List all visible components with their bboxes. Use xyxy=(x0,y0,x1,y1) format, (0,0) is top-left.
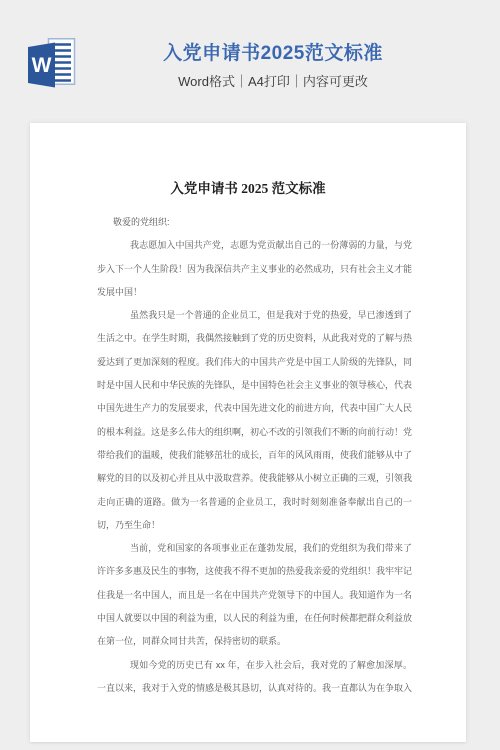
document-preview-page: 入党申请书 2025 范文标准 敬爱的党组织: 我志愿加入中国共产党，志愿为党贡… xyxy=(30,123,466,742)
page-title: 入党申请书2025范文标准 xyxy=(46,43,500,65)
document-body: 敬爱的党组织: 我志愿加入中国共产党，志愿为党贡献出自己的一份薄弱的力量，与党步… xyxy=(97,211,412,700)
document-paragraph: 当前，党和国家的各项事业正在蓬勃发展，我们的党组织为我们带来了许许多多惠及民生的… xyxy=(97,537,412,653)
document-title: 入党申请书 2025 范文标准 xyxy=(30,181,466,196)
document-paragraph: 我志愿加入中国共产党，志愿为党贡献出自己的一份薄弱的力量，与党步入下一个人生阶段… xyxy=(97,234,412,304)
header: W 入党申请书2025范文标准 Word格式｜A4打印｜内容可更改 xyxy=(0,0,500,123)
document-paragraph: 虽然我只是一个普通的企业员工，但是我对于党的热爱，早已渗透到了生活之中。在学生时… xyxy=(97,304,412,537)
page-background: W 入党申请书2025范文标准 Word格式｜A4打印｜内容可更改 入党申请书 … xyxy=(0,0,500,750)
format-info: Word格式｜A4打印｜内容可更改 xyxy=(46,74,500,90)
document-paragraph: 现如今党的历史已有 xx 年，在步入社会后，我对党的了解愈加深厚。一直以来，我对… xyxy=(97,654,412,701)
document-salutation: 敬爱的党组织: xyxy=(97,211,412,234)
